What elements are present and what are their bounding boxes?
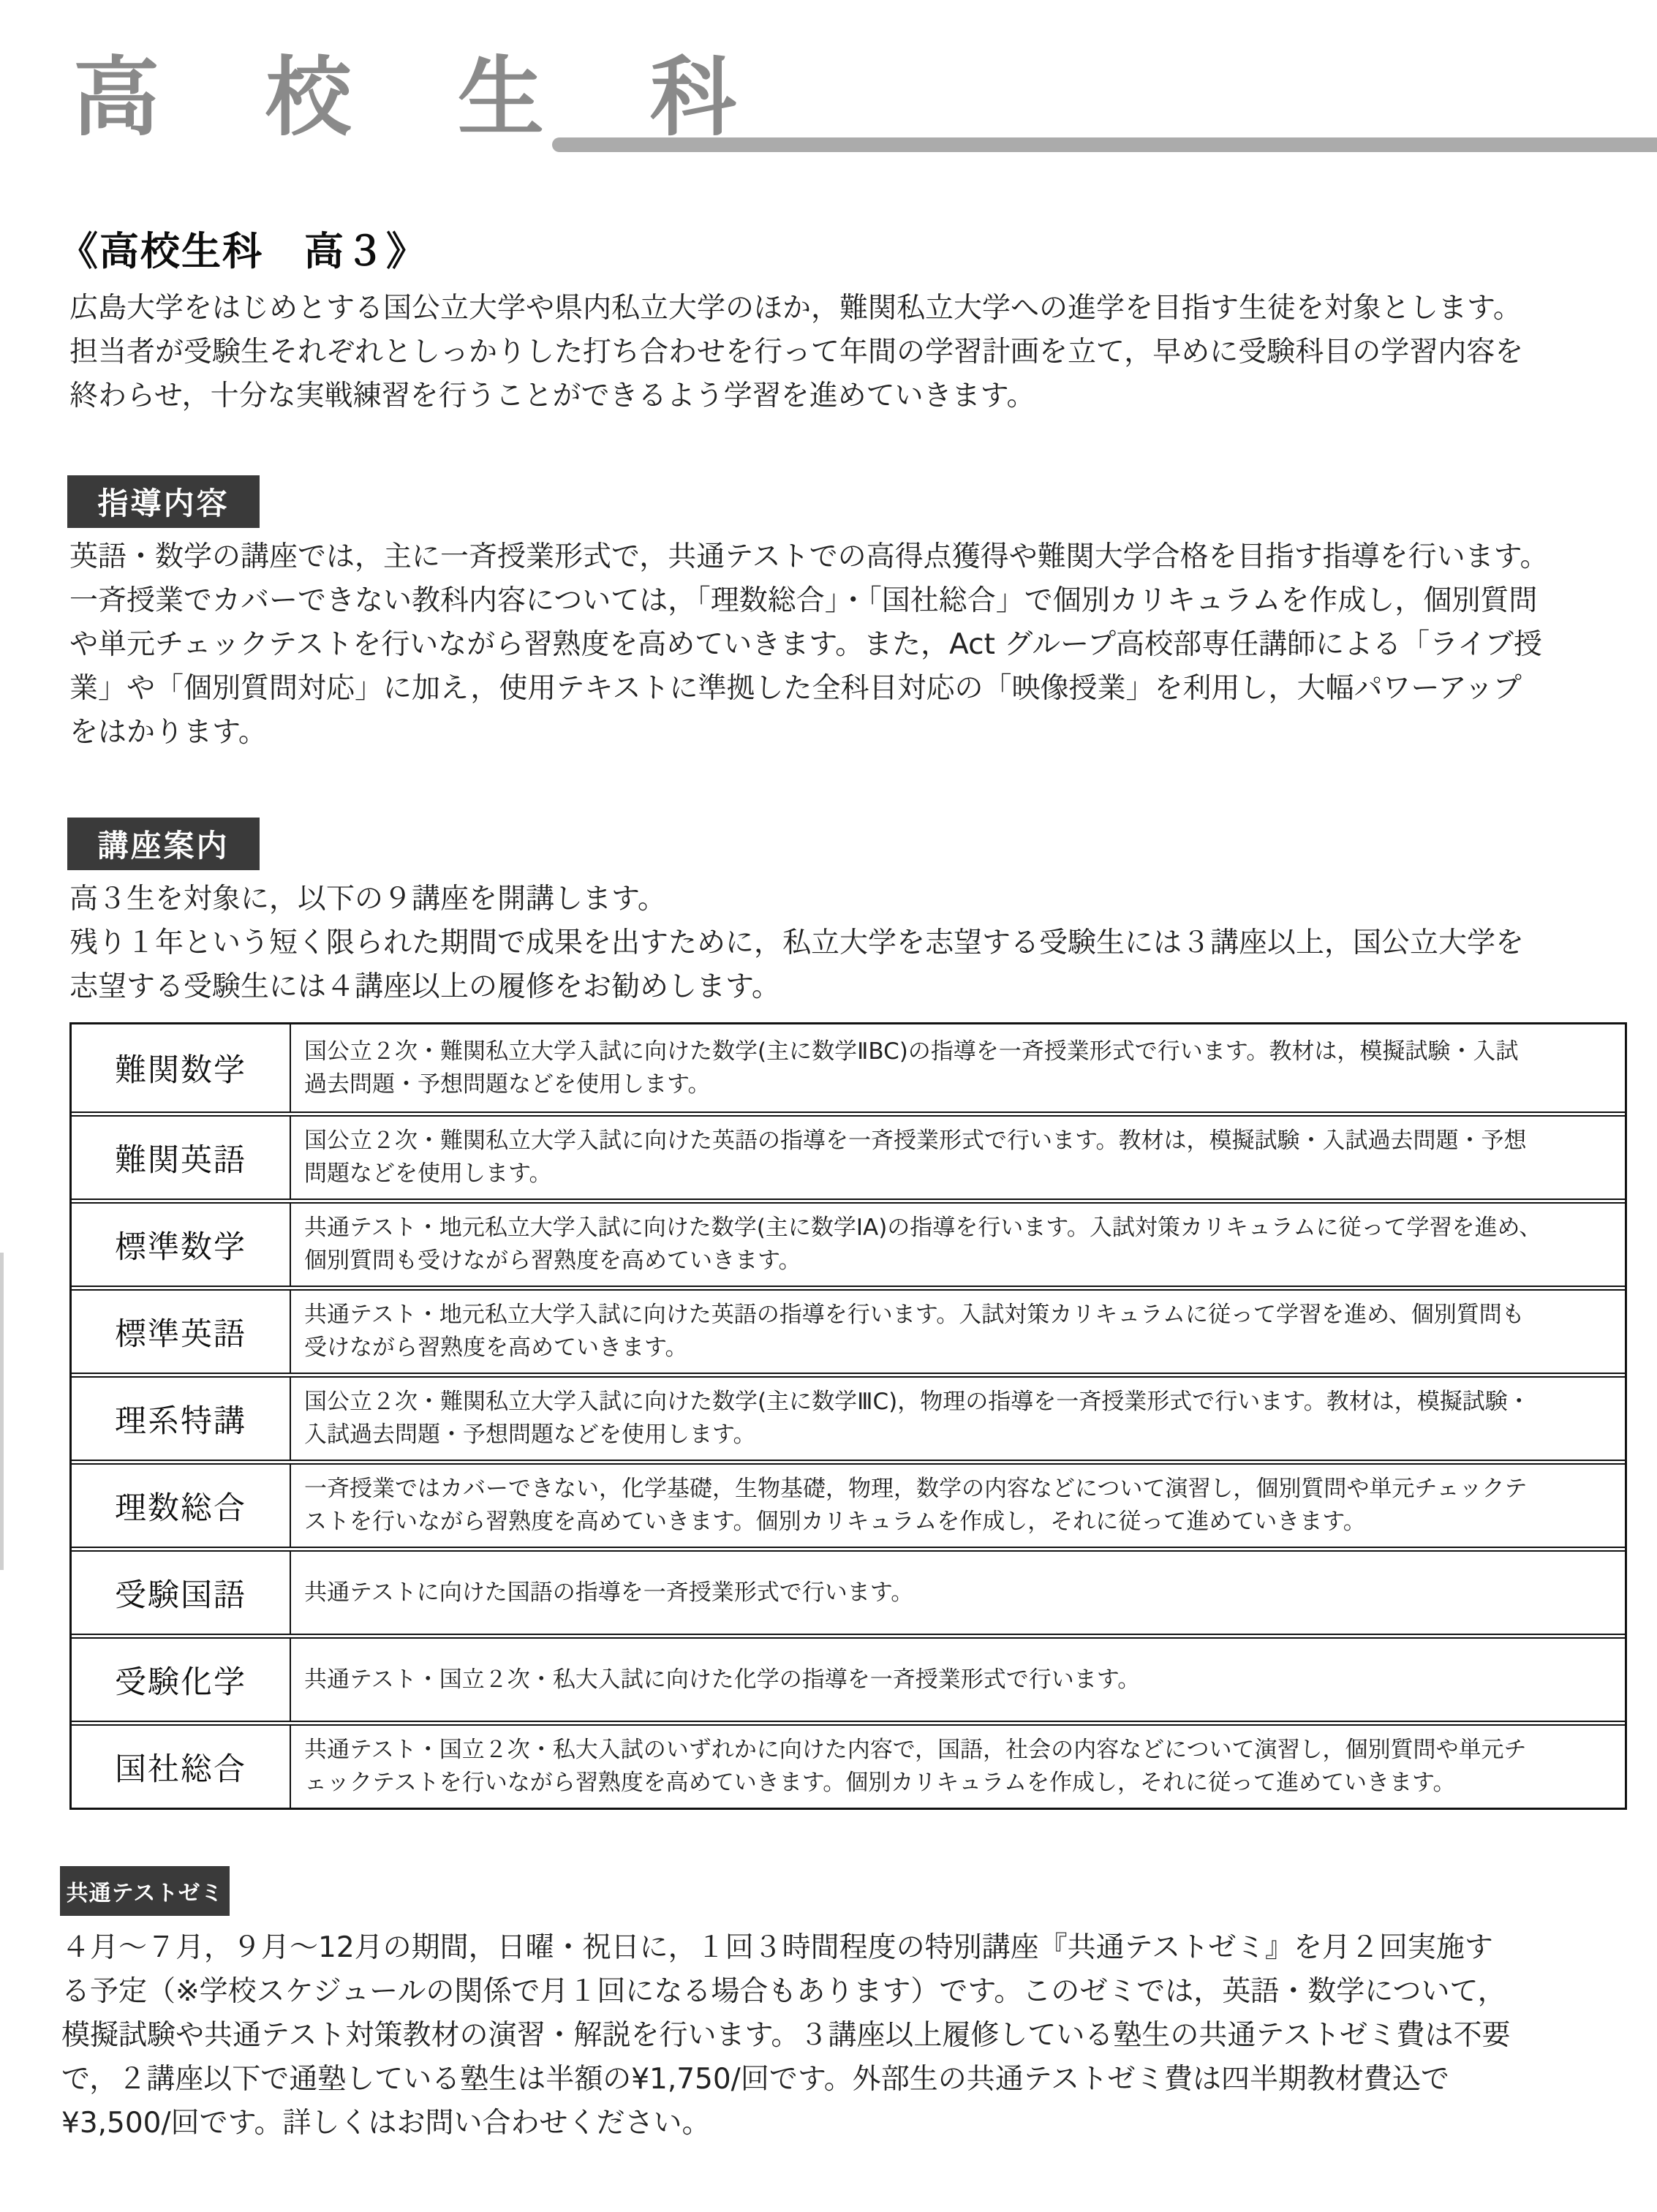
table-row: 理数総合 一斉授業ではカバーできない，化学基礎，生物基礎，物理，数学の内容などに… bbox=[72, 1460, 1625, 1547]
course-description-cell: 国公立２次・難関私立大学入試に向けた数学(主に数学ⅡBC)の指導を一斉授業形式で… bbox=[291, 1024, 1625, 1111]
course-description-cell: 国公立２次・難関私立大学入試に向けた数学(主に数学ⅢC)，物理の指導を一斉授業形… bbox=[291, 1378, 1625, 1460]
course-name-cell: 理系特講 bbox=[72, 1378, 291, 1460]
kyoutsuu-test-zemi-paragraph: ４月～７月，９月～12月の期間，日曜・祝日に，１回３時間程度の特別講座『共通テス… bbox=[61, 1926, 1593, 2145]
label-shidou-naiyou-text: 指導内容 bbox=[97, 480, 229, 524]
course-table: 難関数学 国公立２次・難関私立大学入試に向けた数学(主に数学ⅡBC)の指導を一斉… bbox=[69, 1022, 1627, 1810]
table-row: 受験化学 共通テスト・国立２次・私大入試に向けた化学の指導を一斉授業形式で行いま… bbox=[72, 1634, 1625, 1721]
course-description-cell: 共通テスト・国立２次・私大入試に向けた化学の指導を一斉授業形式で行います。 bbox=[291, 1639, 1625, 1721]
label-kouza-annai: 講座案内 bbox=[67, 818, 260, 870]
course-name-cell: 受験国語 bbox=[72, 1552, 291, 1634]
label-kyoutsuu-test-zemi-text: 共通テストゼミ bbox=[67, 1875, 224, 1907]
course-description-cell: 一斉授業ではカバーできない，化学基礎，生物基礎，物理，数学の内容などについて演習… bbox=[291, 1465, 1625, 1547]
course-name-cell: 難関数学 bbox=[72, 1024, 291, 1111]
table-row: 標準英語 共通テスト・地元私立大学入試に向けた英語の指導を行います。入試対策カリ… bbox=[72, 1286, 1625, 1373]
course-name-cell: 標準数学 bbox=[72, 1204, 291, 1286]
table-row: 理系特講 国公立２次・難関私立大学入試に向けた数学(主に数学ⅢC)，物理の指導を… bbox=[72, 1373, 1625, 1460]
course-name-cell: 難関英語 bbox=[72, 1117, 291, 1199]
intro-paragraph: 広島大学をはじめとする国公立大学や県内私立大学のほか，難関私立大学への進学を目指… bbox=[69, 287, 1594, 418]
kouza-annai-paragraph: 高３生を対象に，以下の９講座を開講します。 残り１年という短く限られた期間で成果… bbox=[69, 877, 1594, 1009]
course-name-cell: 受験化学 bbox=[72, 1639, 291, 1721]
course-name-cell: 理数総合 bbox=[72, 1465, 291, 1547]
course-description-cell: 国公立２次・難関私立大学入試に向けた英語の指導を一斉授業形式で行います。教材は，… bbox=[291, 1117, 1625, 1199]
shidou-naiyou-paragraph: 英語・数学の講座では，主に一斉授業形式で，共通テストでの高得点獲得や難関大学合格… bbox=[69, 535, 1594, 755]
course-description-cell: 共通テスト・国立２次・私大入試のいずれかに向けた内容で，国語，社会の内容などにつ… bbox=[291, 1726, 1625, 1808]
table-row: 国社総合 共通テスト・国立２次・私大入試のいずれかに向けた内容で，国語，社会の内… bbox=[72, 1721, 1625, 1808]
course-description-cell: 共通テスト・地元私立大学入試に向けた英語の指導を行います。入試対策カリキュラムに… bbox=[291, 1291, 1625, 1373]
section-heading-koukouseika-kou3: 《高校生科 高３》 bbox=[58, 227, 427, 276]
table-row: 標準数学 共通テスト・地元私立大学入試に向けた数学(主に数学ⅠA)の指導を行いま… bbox=[72, 1199, 1625, 1286]
document-page: 高 校 生 科 《高校生科 高３》 広島大学をはじめとする国公立大学や県内私立大… bbox=[0, 0, 1657, 2212]
label-kouza-annai-text: 講座案内 bbox=[97, 822, 229, 866]
masthead-rule-bar bbox=[552, 137, 1657, 152]
course-name-cell: 国社総合 bbox=[72, 1726, 291, 1808]
table-row: 受験国語 共通テストに向けた国語の指導を一斉授業形式で行います。 bbox=[72, 1547, 1625, 1634]
table-row: 難関数学 国公立２次・難関私立大学入試に向けた数学(主に数学ⅡBC)の指導を一斉… bbox=[72, 1024, 1625, 1111]
label-kyoutsuu-test-zemi: 共通テストゼミ bbox=[60, 1866, 230, 1916]
masthead-title: 高 校 生 科 bbox=[73, 42, 774, 152]
course-description-cell: 共通テスト・地元私立大学入試に向けた数学(主に数学ⅠA)の指導を行います。入試対… bbox=[291, 1204, 1625, 1286]
page-edge-scan-artifact bbox=[0, 1253, 4, 1570]
label-shidou-naiyou: 指導内容 bbox=[67, 475, 260, 528]
course-name-cell: 標準英語 bbox=[72, 1291, 291, 1373]
course-description-cell: 共通テストに向けた国語の指導を一斉授業形式で行います。 bbox=[291, 1552, 1625, 1634]
table-row: 難関英語 国公立２次・難関私立大学入試に向けた英語の指導を一斉授業形式で行います… bbox=[72, 1111, 1625, 1199]
